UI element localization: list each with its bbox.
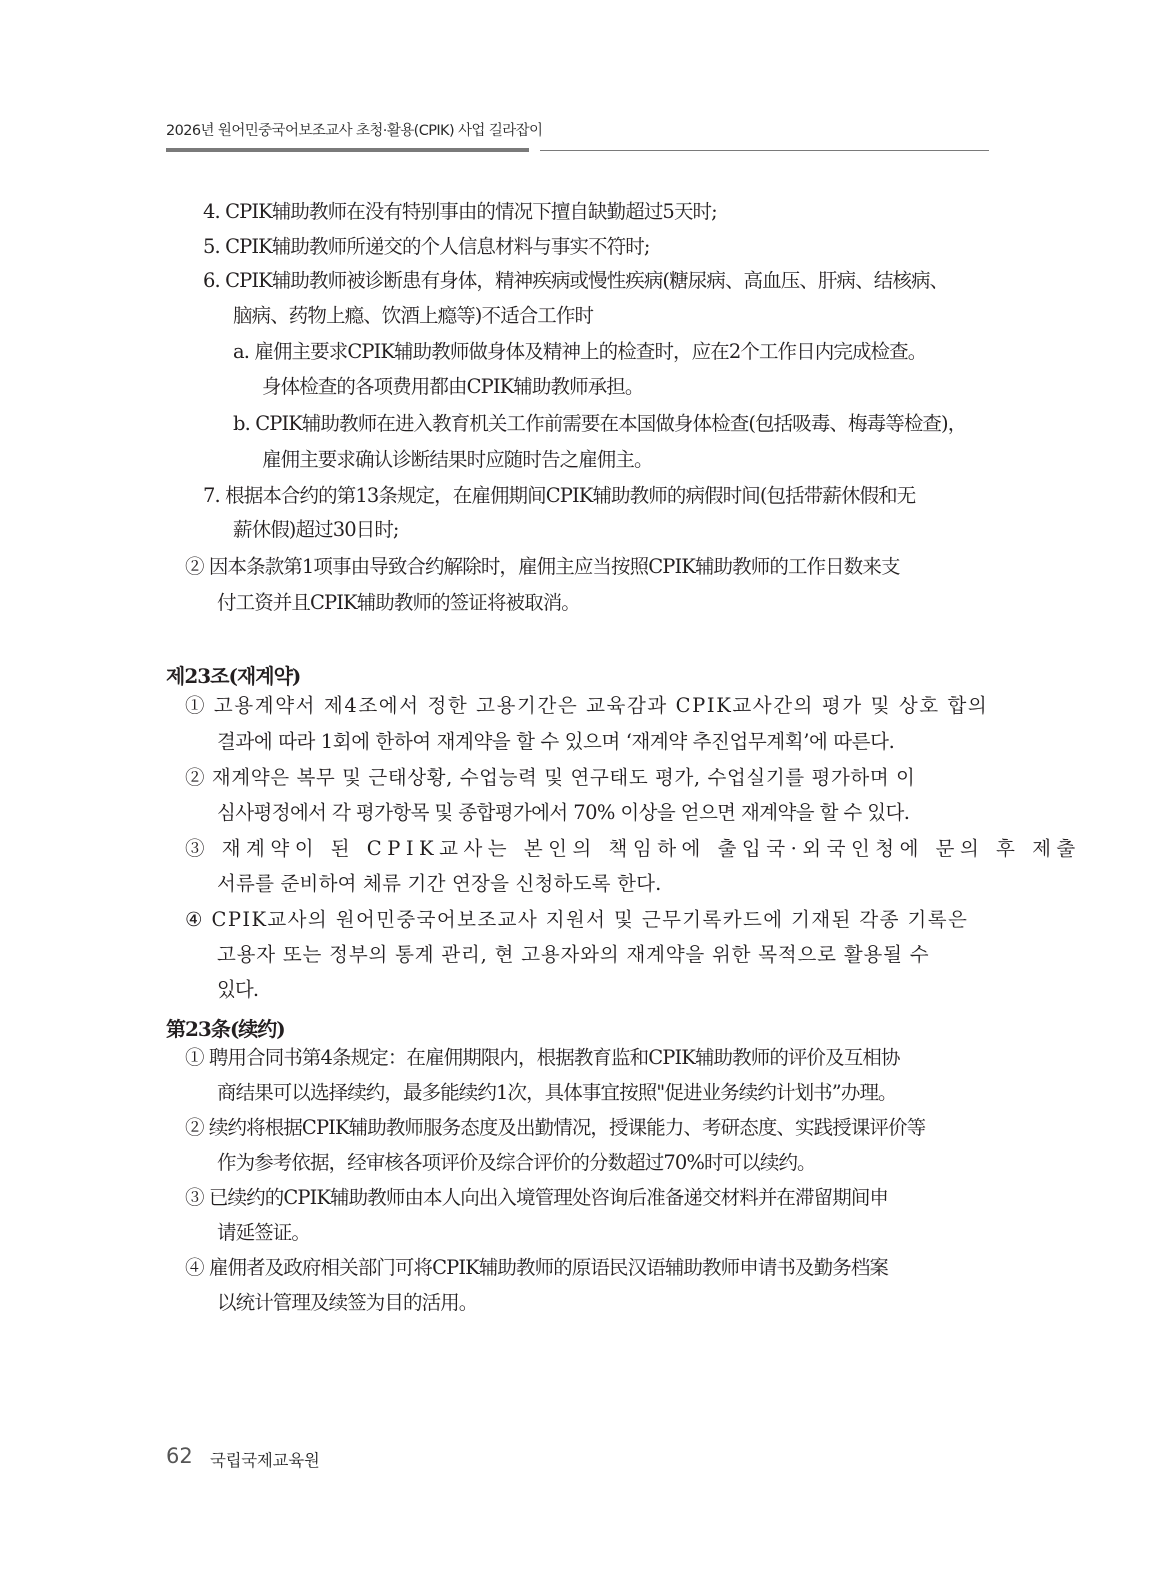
list-marker: 4.: [203, 200, 220, 223]
ko-clause-4-cont2: 있다.: [217, 980, 258, 1000]
sub-item-a-cont: 身体检查的各项费用都由CPIK辅助教师承担。: [262, 377, 644, 397]
article-heading: 第23条(续约): [166, 1013, 285, 1042]
clause-marker: ②: [185, 766, 205, 789]
clause-marker: ②: [185, 555, 204, 578]
clause-marker: ②: [185, 1116, 204, 1139]
cn-clause-2: ② 续约将根据CPIK辅助教师服务态度及出勤情况，授课能力、考研态度、实践授课评…: [185, 1118, 925, 1138]
list-item-6-cont: 脑病、药物上瘾、饮酒上瘾等)不适合工作时: [233, 306, 593, 326]
clause-marker: ①: [185, 694, 206, 717]
clause-2-cont: 付工资并且CPIK辅助教师的签证将被取消。: [217, 593, 580, 613]
list-item-5: 5. CPIK辅助教师所递交的个人信息材料与事实不符时;: [203, 237, 650, 257]
publisher-name: 국립국제교육원: [210, 1447, 319, 1471]
clause-text: 续约将根据CPIK辅助教师服务态度及出勤情况，授课能力、考研态度、实践授课评价等: [209, 1116, 925, 1139]
clause-text: 已续约的CPIK辅助教师由本人向出入境管理处咨询后准备递交材料并在滞留期间申: [209, 1186, 888, 1209]
list-marker: a.: [233, 340, 249, 363]
list-text: CPIK辅助教师在没有特别事由的情况下擅自缺勤超过5天时;: [225, 200, 717, 223]
clause-marker: ④: [185, 908, 204, 931]
clause-text: 因本条款第1项事由导致合约解除时，雇佣主应当按照CPIK辅助教师的工作日数来支: [209, 555, 900, 578]
clause-text: 고용계약서 제4조에서 정한 고용기간은 교육감과 CPIK교사간의 평가 및 …: [214, 694, 988, 717]
cn-clause-4-cont: 以统计管理及续签为目的活用。: [217, 1293, 477, 1313]
list-text: 根据本合约的第13条规定，在雇佣期间CPIK辅助教师的病假时间(包括带薪休假和无: [225, 484, 915, 507]
list-item-6: 6. CPIK辅助教师被诊断患有身体，精神疾病或慢性疾病(糖尿病、高血压、肝病、…: [203, 271, 948, 291]
sub-item-a: a. 雇佣主要求CPIK辅助教师做身体及精神上的检查时，应在2个工作日内完成检查…: [233, 342, 926, 362]
ko-clause-2-cont: 심사평정에서 각 평가항목 및 종합평가에서 70% 이상을 얻으면 재계약을 …: [217, 803, 909, 823]
ko-clause-2: ② 재계약은 복무 및 근태상황, 수업능력 및 연구태도 평가, 수업실기를 …: [185, 768, 916, 788]
header-rule-thick: [166, 148, 529, 152]
ko-clause-3: ③ 재계약이 된 CPIK교사는 본인의 책임하에 출입국·외국인청에 문의 후…: [185, 839, 1081, 859]
cn-clause-3-cont: 请延签证。: [217, 1223, 310, 1243]
list-item-7-cont: 薪休假)超过30日时;: [233, 520, 399, 540]
list-text: CPIK辅助教师在进入教育机关工作前需要在本国做身体检查(包括吸毒、梅毒等检查)…: [255, 412, 966, 435]
cn-clause-1-cont: 商结果可以选择续约，最多能续约1次，具体事宜按照"促进业务续约计划书”办理。: [217, 1083, 897, 1103]
list-marker: 7.: [203, 484, 220, 507]
cn-clause-3: ③ 已续约的CPIK辅助教师由本人向出入境管理处咨询后准备递交材料并在滞留期间申: [185, 1188, 888, 1208]
clause-text: 재계약은 복무 및 근태상황, 수업능력 및 연구태도 평가, 수업실기를 평가…: [212, 766, 916, 789]
clause-marker: ①: [185, 1046, 204, 1069]
ko-clause-1: ① 고용계약서 제4조에서 정한 고용기간은 교육감과 CPIK교사간의 평가 …: [185, 696, 988, 716]
list-item-7: 7. 根据本合约的第13条规定，在雇佣期间CPIK辅助教师的病假时间(包括带薪休…: [203, 486, 915, 506]
clause-marker: ③: [185, 837, 210, 860]
list-text: 雇佣主要求CPIK辅助教师做身体及精神上的检查时，应在2个工作日内完成检查。: [254, 340, 926, 363]
list-marker: 5.: [203, 235, 220, 258]
sub-item-b: b. CPIK辅助教师在进入教育机关工作前需要在本国做身体检查(包括吸毒、梅毒等…: [233, 414, 966, 434]
article-heading: 제23조(재계약): [166, 660, 300, 689]
clause-2: ② 因本条款第1项事由导致合约解除时，雇佣主应当按照CPIK辅助教师的工作日数来…: [185, 557, 900, 577]
running-header-title: 2026년 원어민중국어보조교사 초청·활용(CPIK) 사업 길라잡이: [166, 119, 542, 140]
list-marker: b.: [233, 412, 250, 435]
list-marker: 6.: [203, 269, 220, 292]
list-text: CPIK辅助教师所递交的个人信息材料与事实不符时;: [225, 235, 649, 258]
clause-text: CPIK교사의 원어민중국어보조교사 지원서 및 근무기록카드에 기재된 각종 …: [212, 908, 969, 931]
cn-clause-2-cont: 作为参考依据，经审核各项评价及综合评价的分数超过70%时可以续约。: [217, 1153, 816, 1173]
ko-clause-4: ④ CPIK교사의 원어민중국어보조교사 지원서 및 근무기록카드에 기재된 각…: [185, 910, 968, 930]
cn-clause-4: ④ 雇佣者及政府相关部门可将CPIK辅助教师的原语民汉语辅助教师申请书及勤务档案: [185, 1258, 888, 1278]
header-rule-thin: [540, 150, 989, 152]
cn-clause-1: ① 聘用合同书第4条规定：在雇佣期限内，根据教育监和CPIK辅助教师的评价及互相…: [185, 1048, 900, 1068]
page-number: 62: [166, 1444, 193, 1468]
ko-clause-3-cont: 서류를 준비하여 체류 기간 연장을 신청하도록 한다.: [217, 874, 662, 894]
clause-marker: ④: [185, 1256, 204, 1279]
list-text: CPIK辅助教师被诊断患有身体，精神疾病或慢性疾病(糖尿病、高血压、肝病、结核病…: [225, 269, 948, 292]
clause-text: 雇佣者及政府相关部门可将CPIK辅助教师的原语民汉语辅助教师申请书及勤务档案: [209, 1256, 888, 1279]
list-item-4: 4. CPIK辅助教师在没有特别事由的情况下擅自缺勤超过5天时;: [203, 202, 717, 222]
sub-item-b-cont: 雇佣主要求确认诊断结果时应随时告之雇佣主。: [262, 450, 653, 470]
clause-text: 재계약이 된 CPIK교사는 본인의 책임하에 출입국·외국인청에 문의 후 제…: [222, 837, 1081, 860]
clause-text: 聘用合同书第4条规定：在雇佣期限内，根据教育监和CPIK辅助教师的评价及互相协: [209, 1046, 900, 1069]
ko-clause-4-cont: 고용자 또는 정부의 통계 관리, 현 고용자와의 재계약을 위한 목적으로 활…: [217, 945, 929, 965]
clause-marker: ③: [185, 1186, 204, 1209]
ko-clause-1-cont: 결과에 따라 1회에 한하여 재계약을 할 수 있으며 ‘재계약 추진업무계획’…: [217, 732, 894, 752]
